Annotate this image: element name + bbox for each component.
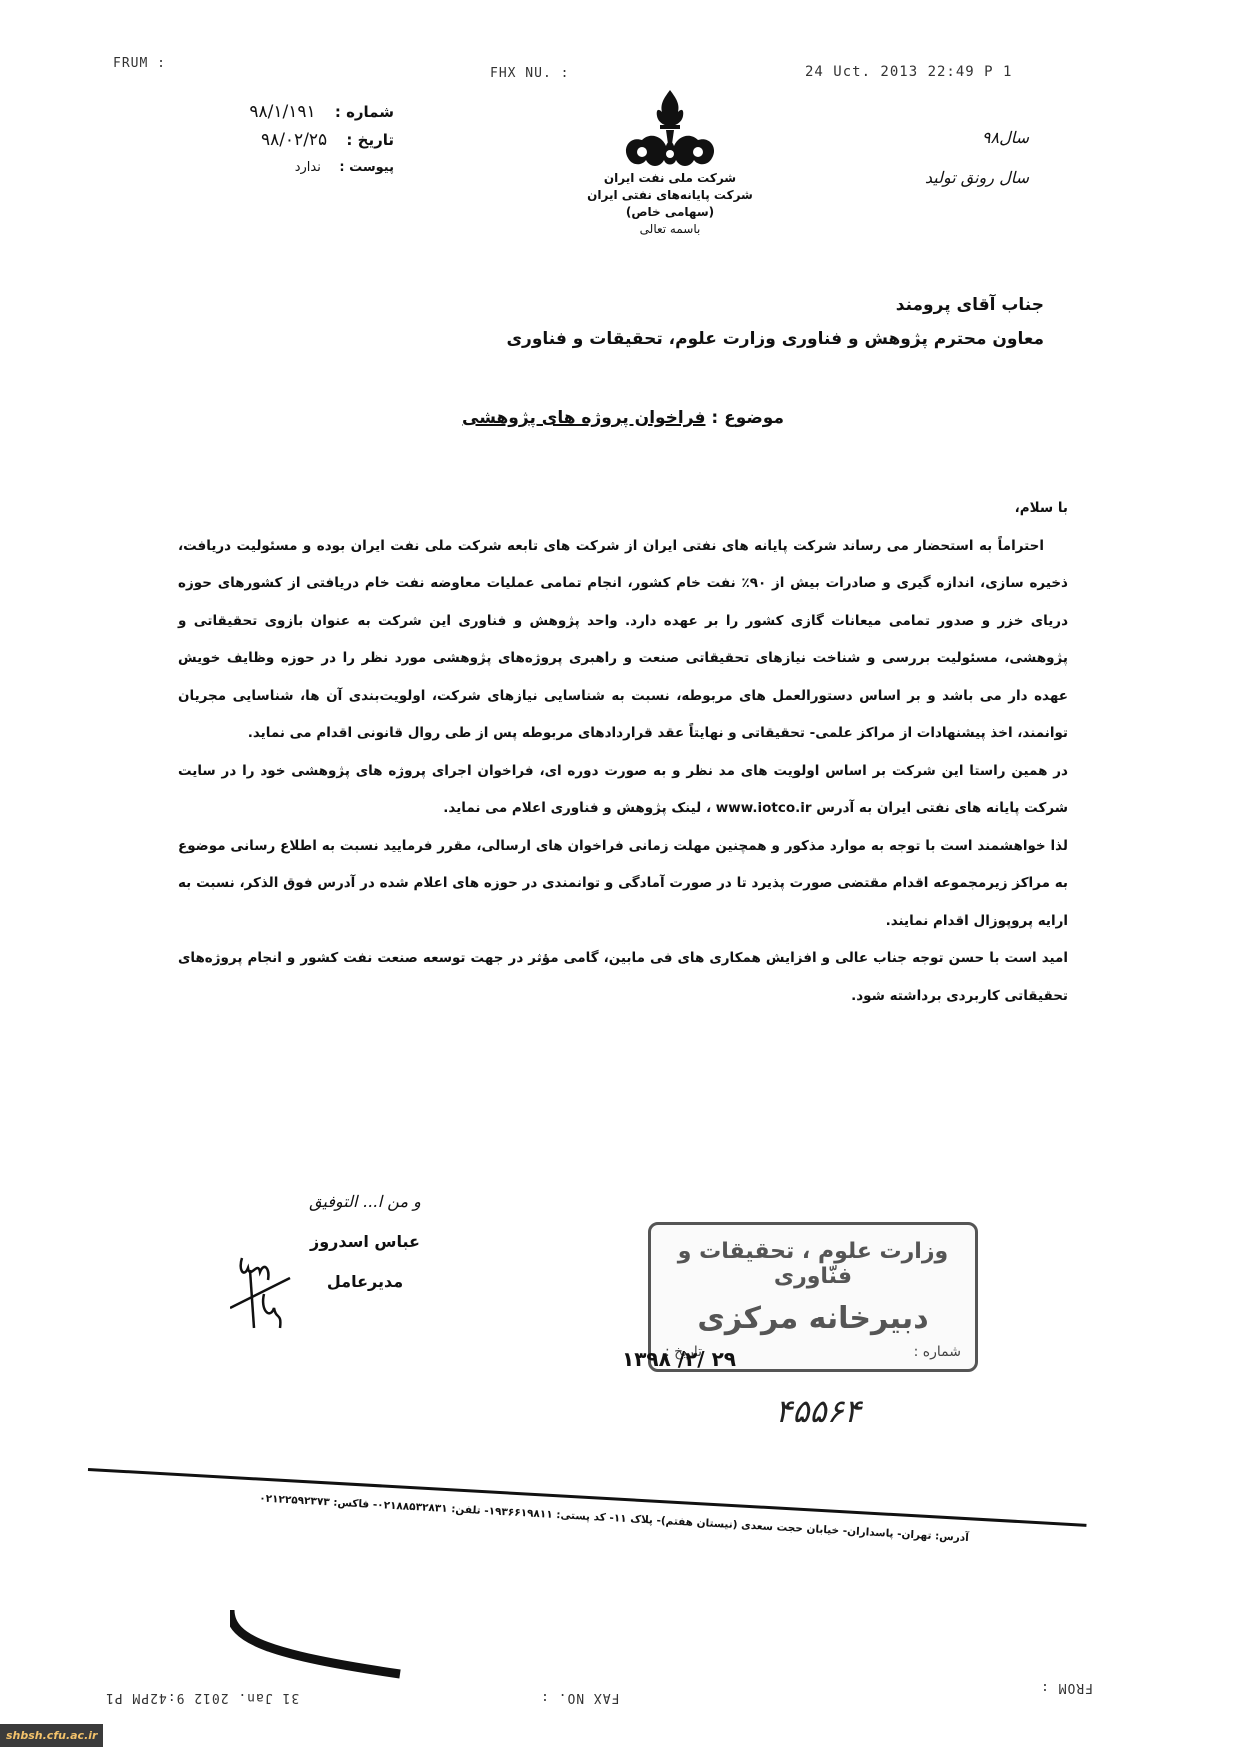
fax-from-label: FRUM :	[113, 56, 166, 71]
stamp-number-label: شماره :	[914, 1344, 961, 1360]
fax-number-label-bottom: FAX NO. :	[540, 1690, 619, 1705]
signer-name: عباس اسدروز	[285, 1222, 445, 1262]
letter-number-row: شماره : ۹۸/۱/۱۹۱	[194, 98, 394, 126]
stamp-ministry: وزارت علوم ، تحقیقات و فنّاوری	[651, 1239, 975, 1289]
letter-number-value: ۹۸/۱/۱۹۱	[249, 102, 315, 122]
handwritten-receipt-number: ۴۵۵۶۴	[775, 1392, 861, 1430]
stamp-secretariat: دبیرخانه مرکزی	[651, 1301, 975, 1336]
fax-datetime: 24 Uct. 2013 22:49 P 1	[805, 64, 1012, 80]
company-name: شرکت پایانه‌های نفتی ایران (سهامی خاص)	[580, 187, 760, 221]
addressee-name: جناب آقای پرومند	[344, 288, 1044, 322]
slogan-year: سال۹۸	[829, 118, 1029, 158]
nioc-flame-logo-icon	[620, 88, 720, 170]
letter-date-value: ۹۸/۰۲/۲۵	[261, 130, 327, 150]
letter-body: با سلام، احتراماً به استحضار می رساند شر…	[178, 490, 1068, 1015]
letter-attachment-row: پیوست : ندارد	[194, 154, 394, 182]
subject-label: موضوع :	[711, 408, 784, 428]
fax-datetime-bottom: 31 Jan. 2012 9:42PM P1	[105, 1690, 299, 1705]
fax-artifact-curve-icon	[230, 1610, 410, 1680]
body-paragraph: در همین راستا این شرکت بر اساس اولویت ها…	[178, 753, 1068, 828]
fax-from-label-bottom: FROM :	[1040, 1680, 1093, 1695]
letterhead: شرکت ملی نفت ایران شرکت پایانه‌های نفتی …	[580, 88, 760, 238]
addressee: جناب آقای پرومند معاون محترم پژوهش و فنا…	[344, 288, 1044, 356]
slogan-motto: سال رونق تولید	[829, 158, 1029, 198]
body-paragraph: لذا خواهشمند است با توجه به موارد مذکور …	[178, 828, 1068, 941]
body-paragraph: احتراماً به استحضار می رساند شرکت پایانه…	[178, 528, 1068, 753]
subject-text: فراخوان پروژه های پژوهشی	[462, 408, 705, 428]
letter-meta: شماره : ۹۸/۱/۱۹۱ تاریخ : ۹۸/۰۲/۲۵ پیوست …	[194, 98, 394, 182]
letter-date-label: تاریخ :	[346, 131, 394, 149]
letter-date-row: تاریخ : ۹۸/۰۲/۲۵	[194, 126, 394, 154]
fax-number-label: FHX NU. :	[490, 66, 569, 81]
greeting: با سلام،	[178, 490, 1068, 528]
addressee-title: معاون محترم پژوهش و فناوری وزارت علوم، ت…	[344, 322, 1044, 356]
subject: موضوع : فراخوان پروژه های پژوهشی	[384, 408, 784, 428]
letter-number-label: شماره :	[335, 103, 394, 121]
letter-attachment-value: ندارد	[295, 160, 321, 175]
site-watermark: shbsh.cfu.ac.ir	[0, 1724, 103, 1747]
handwritten-signature-icon	[230, 1250, 300, 1330]
letter-attachment-label: پیوست :	[339, 160, 394, 175]
invocation: باسمه تعالی	[580, 221, 760, 238]
body-paragraph: امید است با حسن توجه جناب عالی و افزایش …	[178, 940, 1068, 1015]
signature-block: و من ا... التوفیق عباس اسدروز مدیرعامل	[285, 1182, 445, 1302]
signer-title: مدیرعامل	[285, 1262, 445, 1302]
year-slogan: سال۹۸ سال رونق تولید	[829, 118, 1029, 198]
company-parent-name: شرکت ملی نفت ایران	[580, 170, 760, 187]
stamp-date-value: ۱۳۹۸ /۲/ ۲۹	[622, 1347, 736, 1371]
closing-phrase: و من ا... التوفیق	[285, 1182, 445, 1222]
